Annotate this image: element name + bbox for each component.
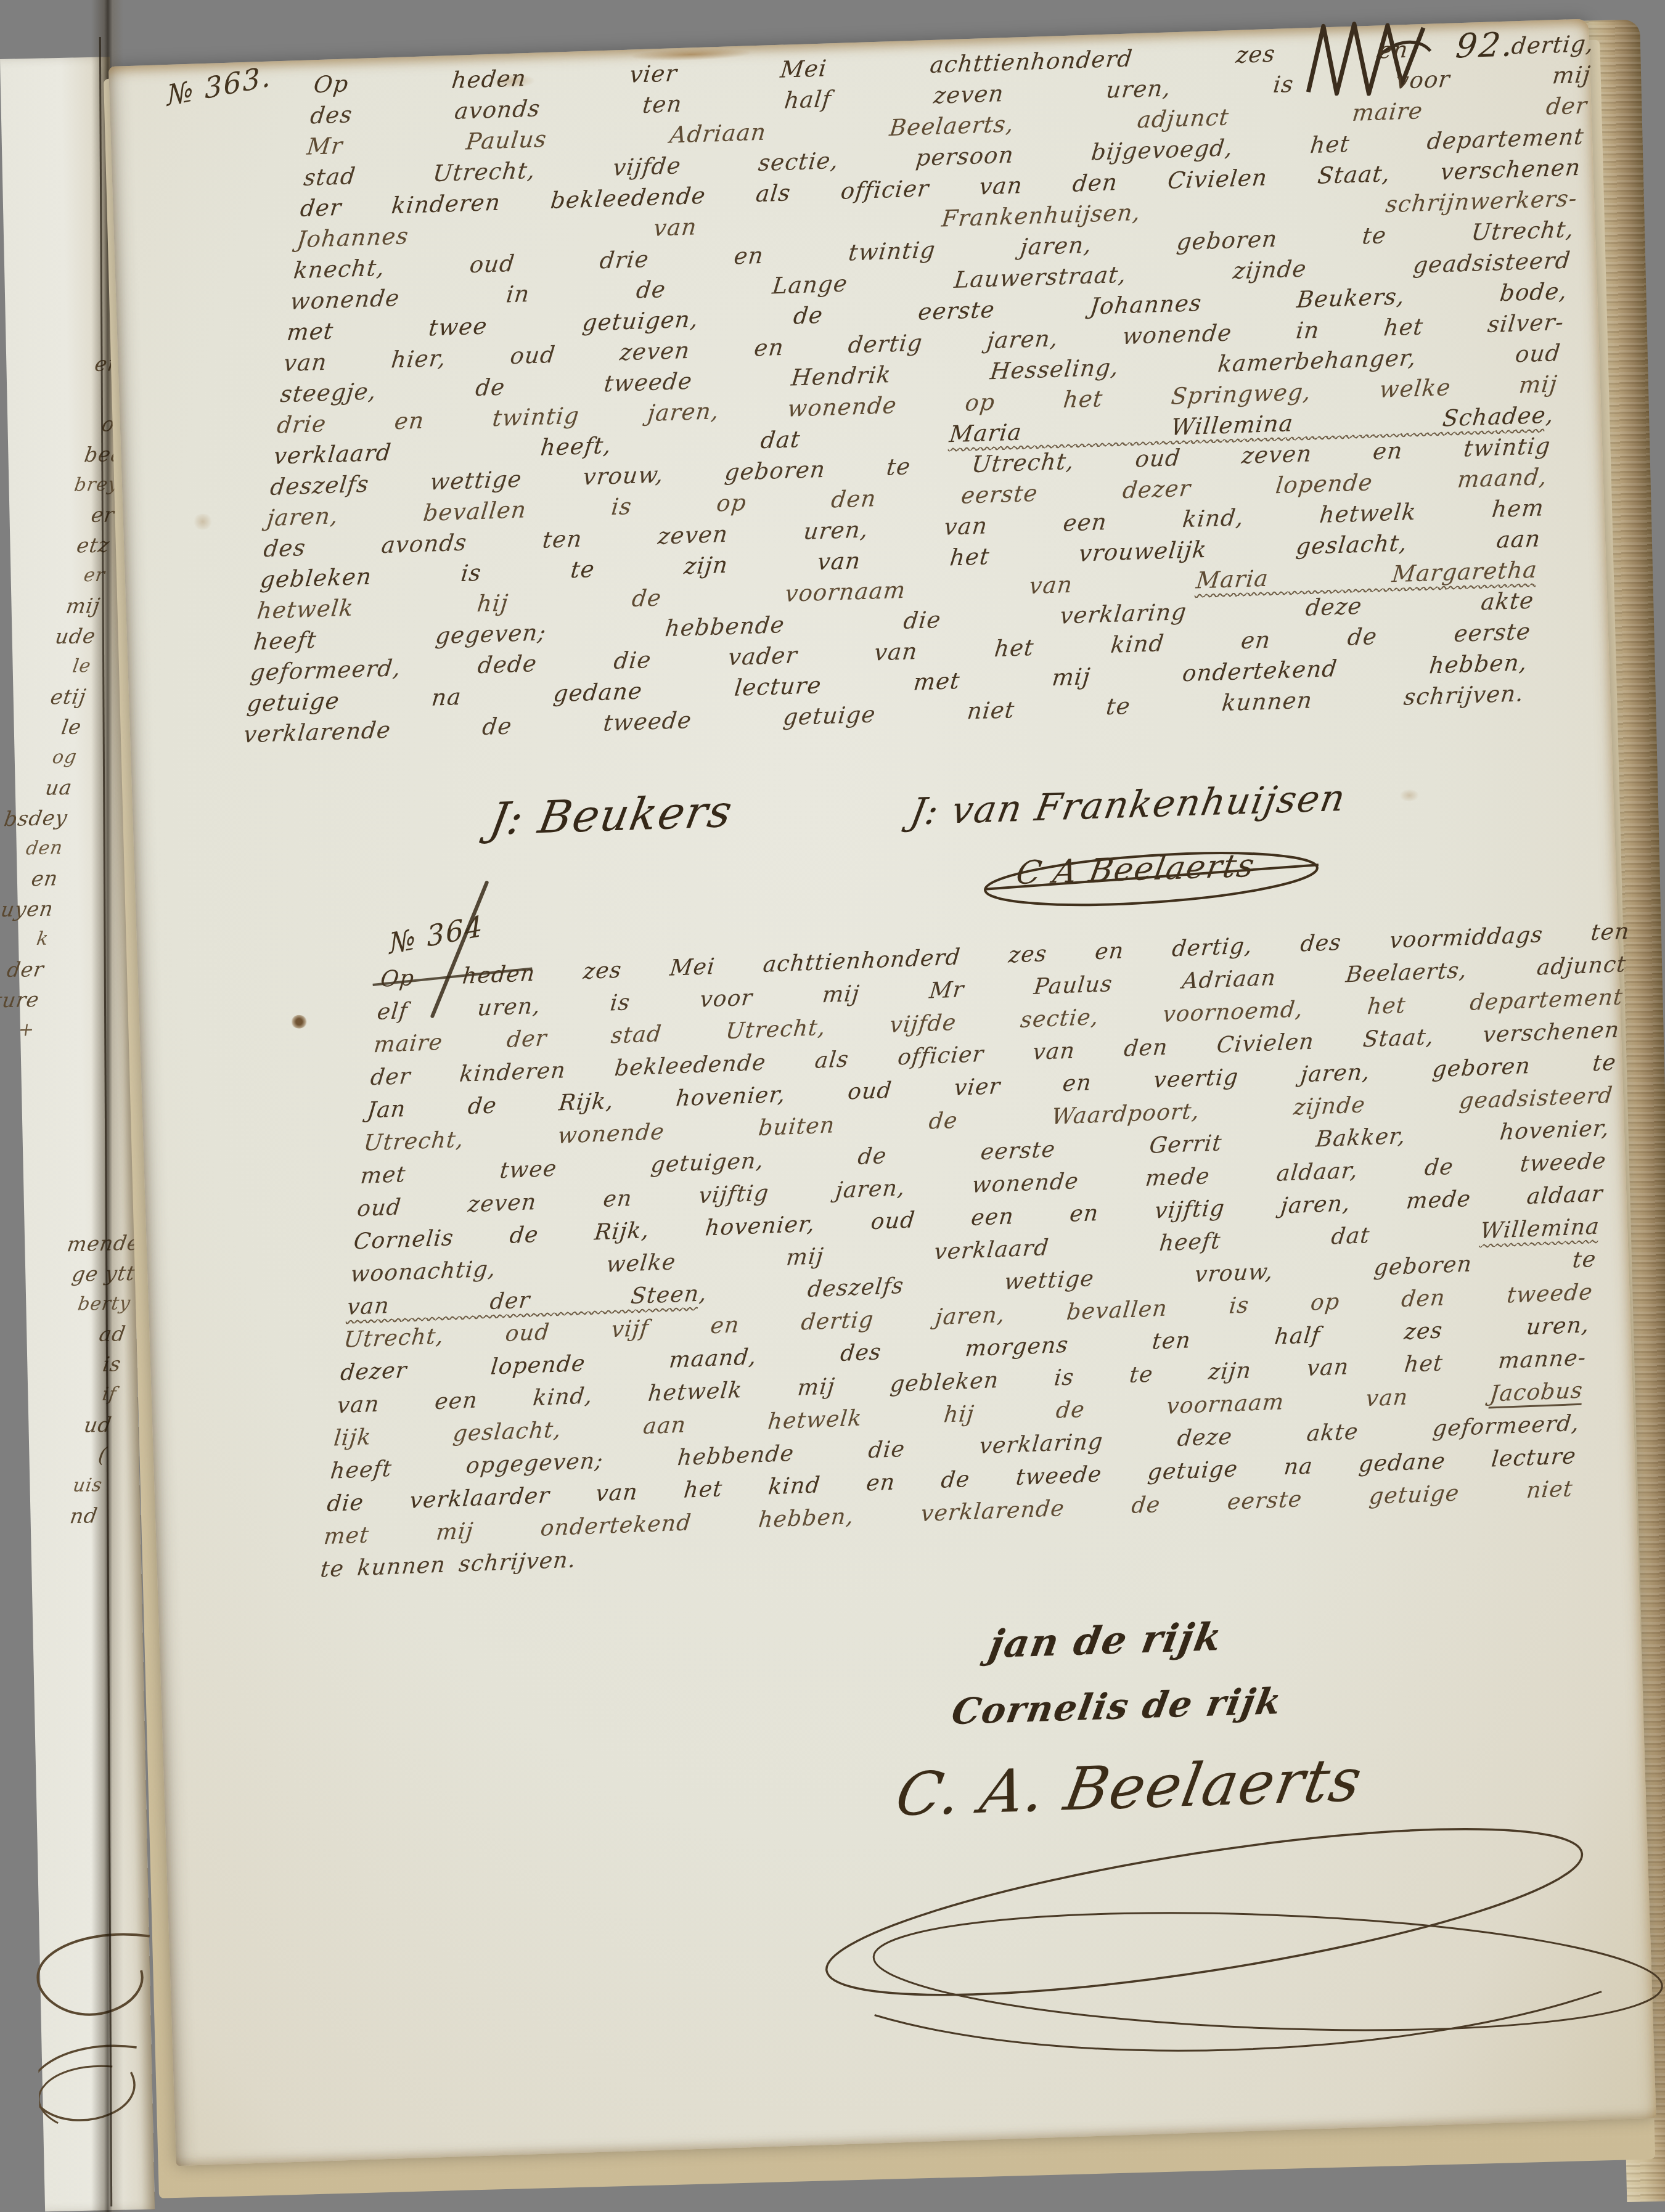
left-page-fragment: ture [0, 984, 41, 1016]
entry-number-363: № 363. [166, 59, 272, 113]
text-segment: Willemina [1479, 1214, 1601, 1244]
left-page-fragment: ua [6, 772, 74, 804]
signature-flourish-icon [794, 1786, 1665, 2086]
left-page-fragment: ude [30, 621, 98, 652]
stain-spot [192, 513, 214, 530]
left-page-fragment: + [0, 1014, 37, 1046]
left-page-text-fragments-bottom: mendege yttbertyadisifud(uisnd [23, 1228, 142, 1532]
signature-cornelis-de-rijk: Cornelis de rijk [949, 1680, 1286, 1733]
entry-364-text: Op heden zes Mei achttienhonderd zes en … [319, 915, 1631, 1586]
register-page: 92. № 363. Op heden vier Mei achttienhon… [108, 18, 1656, 2166]
left-page-fragment: le [25, 651, 93, 682]
stain-spot [291, 1014, 308, 1029]
entry-number-364: № 364 [388, 909, 485, 961]
signature-strike-oval-icon [977, 833, 1325, 918]
left-page-fragment: nd [23, 1500, 100, 1532]
stain-spot [1400, 789, 1419, 802]
document-scan: chergenlberrdedeigertsijopbeabreyeretzer… [0, 0, 1665, 2212]
signature-jan-de-rijk: jan de rijk [986, 1614, 1226, 1667]
left-page-fragment: etij [20, 681, 88, 712]
left-page-fragment: en [0, 863, 60, 894]
left-page-fragment: og [11, 742, 79, 773]
entry-363-text: Op heden vier Mei achttienhonderd zes en… [242, 28, 1596, 751]
left-page-fragment: le [16, 711, 84, 743]
left-page-fragment: bsdey [2, 802, 70, 834]
signature-j-van-frankenhuijsen: J: van Frankenhuijsen [907, 777, 1349, 834]
text-segment: Jacobus [1489, 1378, 1584, 1407]
signature-j-beukers: J: Beukers [486, 785, 737, 845]
left-page-fragment: uyen [0, 893, 55, 924]
left-page-fragment: der [0, 954, 46, 986]
left-page-fragment: den [0, 833, 65, 864]
left-page-fragment: k [0, 924, 51, 955]
